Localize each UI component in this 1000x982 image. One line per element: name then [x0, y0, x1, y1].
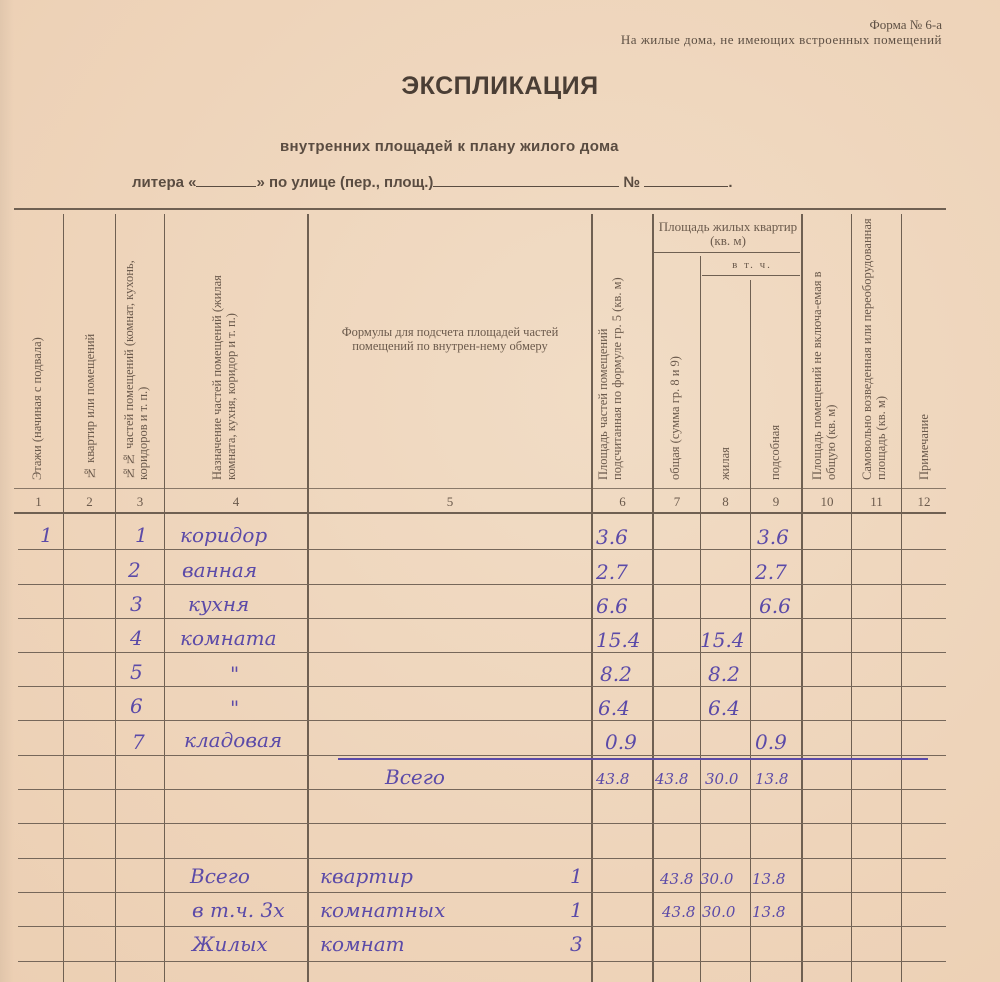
purpose-cell: комната	[180, 626, 277, 650]
col-divider	[652, 214, 654, 982]
col-number: 7	[654, 494, 700, 510]
col9-header: подсобная	[768, 405, 782, 480]
part-number-cell: 1	[135, 523, 148, 547]
summary-living: 30.0	[700, 870, 733, 888]
street-label: » по улице (пер., площ.)	[256, 174, 433, 191]
col-number: 12	[902, 494, 946, 510]
col-number: 10	[803, 494, 851, 510]
street-field[interactable]	[433, 174, 619, 187]
purpose-cell: "	[230, 662, 239, 686]
total-aux-cell: 13.8	[755, 770, 788, 788]
col-divider	[63, 214, 64, 982]
col-number: 2	[64, 494, 115, 510]
col12-header: Примечание	[917, 395, 931, 480]
form-subtitle: На жилые дома, не имеющих встроенных пом…	[621, 32, 942, 48]
address-line: литера «» по улице (пер., площ.)№ .	[132, 174, 733, 191]
summary-label-a: Жилых	[192, 932, 268, 956]
summary-label-b: квартир	[320, 864, 413, 888]
summary-label-a: в т.ч. 3х	[192, 898, 284, 922]
col-divider	[851, 214, 852, 982]
part-number-cell: 4	[130, 626, 143, 650]
house-number-field[interactable]	[644, 174, 728, 187]
purpose-cell: кухня	[188, 592, 249, 616]
litera-field[interactable]	[196, 174, 256, 187]
part-number-cell: 6	[130, 694, 143, 718]
purpose-cell: ванная	[182, 558, 257, 582]
col3-header: №№ частей помещений (комнат, кухонь, кор…	[122, 232, 152, 480]
living-area-cell: 15.4	[700, 628, 745, 652]
col7-header: общая (сумма гр. 8 и 9)	[668, 295, 682, 480]
col-divider	[591, 214, 593, 982]
area-cell: 8.2	[600, 662, 632, 686]
group-header-divider	[654, 252, 800, 253]
total-general-cell: 43.8	[655, 770, 688, 788]
summary-aux: 13.8	[752, 870, 785, 888]
summary-count: 3	[570, 932, 583, 956]
aux-area-cell: 3.6	[757, 525, 789, 549]
number-label: №	[623, 174, 640, 191]
summary-total: 43.8	[660, 870, 693, 888]
col-number: 8	[701, 494, 750, 510]
col-divider	[750, 280, 751, 982]
aux-area-cell: 0.9	[755, 730, 787, 754]
col2-header: № квартир или помещений	[83, 280, 97, 480]
summary-count: 1	[570, 898, 583, 922]
area-cell: 2.7	[596, 560, 628, 584]
document-title: ЭКСПЛИКАЦИЯ	[0, 72, 1000, 101]
col-divider	[801, 214, 803, 982]
col-number: 6	[593, 494, 652, 510]
area-cell: 6.6	[596, 594, 628, 618]
col-divider	[901, 214, 902, 982]
total-label: Всего	[385, 765, 445, 789]
col-number: 9	[751, 494, 801, 510]
col11-header: Самовольно возведенная или переоборудова…	[860, 215, 892, 480]
col-divider	[164, 214, 165, 982]
total-living-cell: 30.0	[705, 770, 738, 788]
living-area-cell: 8.2	[708, 662, 740, 686]
litera-prefix: литера «	[132, 174, 196, 191]
total-separator-ink-line	[338, 758, 928, 760]
area-cell: 0.9	[605, 730, 637, 754]
col1-header: Этажи (начиная с подвала)	[30, 270, 44, 480]
aux-area-cell: 2.7	[755, 560, 787, 584]
part-number-cell: 3	[130, 592, 143, 616]
part-number-cell: 5	[130, 660, 143, 684]
part-number-cell: 2	[128, 558, 141, 582]
purpose-cell: "	[230, 696, 239, 720]
summary-count: 1	[570, 864, 583, 888]
col10-header: Площадь помещений не включа-емая в общую…	[810, 235, 842, 480]
summary-living: 30.0	[702, 903, 735, 921]
col-number: 1	[14, 494, 63, 510]
summary-label-a: Всего	[190, 864, 250, 888]
col4-header: Назначение частей помещений (жилая комна…	[210, 258, 256, 480]
group-header-living-area: Площадь жилых квартир (кв. м)	[656, 220, 800, 248]
area-cell: 3.6	[596, 525, 628, 549]
summary-total: 43.8	[662, 903, 695, 921]
aux-area-cell: 6.6	[759, 594, 791, 618]
document-subtitle: внутренних площадей к плану жилого дома	[280, 138, 619, 155]
area-cell: 6.4	[598, 696, 630, 720]
col-divider	[115, 214, 116, 982]
summary-aux: 13.8	[752, 903, 785, 921]
total-area-cell: 43.8	[596, 770, 629, 788]
part-number-cell: 7	[132, 730, 145, 754]
col8-header: жилая	[718, 425, 732, 480]
summary-label-b: комнатных	[320, 898, 445, 922]
col-divider	[307, 214, 309, 982]
floor-cell: 1	[40, 523, 53, 547]
group-subheader-incl: в т. ч.	[704, 258, 800, 272]
col-number: 3	[116, 494, 164, 510]
col6-header: Площадь частей помещений подсчитанная по…	[596, 255, 642, 480]
col5-header: Формулы для подсчета площадей частей пом…	[320, 325, 580, 353]
purpose-cell: кладовая	[184, 728, 282, 752]
living-area-cell: 6.4	[708, 696, 740, 720]
summary-label-b: комнат	[320, 932, 405, 956]
col-number: 5	[309, 494, 591, 510]
header-bottom-border	[14, 512, 946, 514]
col-number: 11	[852, 494, 901, 510]
purpose-cell: коридор	[180, 523, 267, 547]
area-cell: 15.4	[596, 628, 641, 652]
table-top-border	[14, 208, 946, 210]
column-number-divider	[14, 488, 946, 489]
subgroup-divider	[702, 275, 800, 276]
form-number: Форма № 6-а	[870, 17, 942, 33]
col-number: 4	[165, 494, 307, 510]
